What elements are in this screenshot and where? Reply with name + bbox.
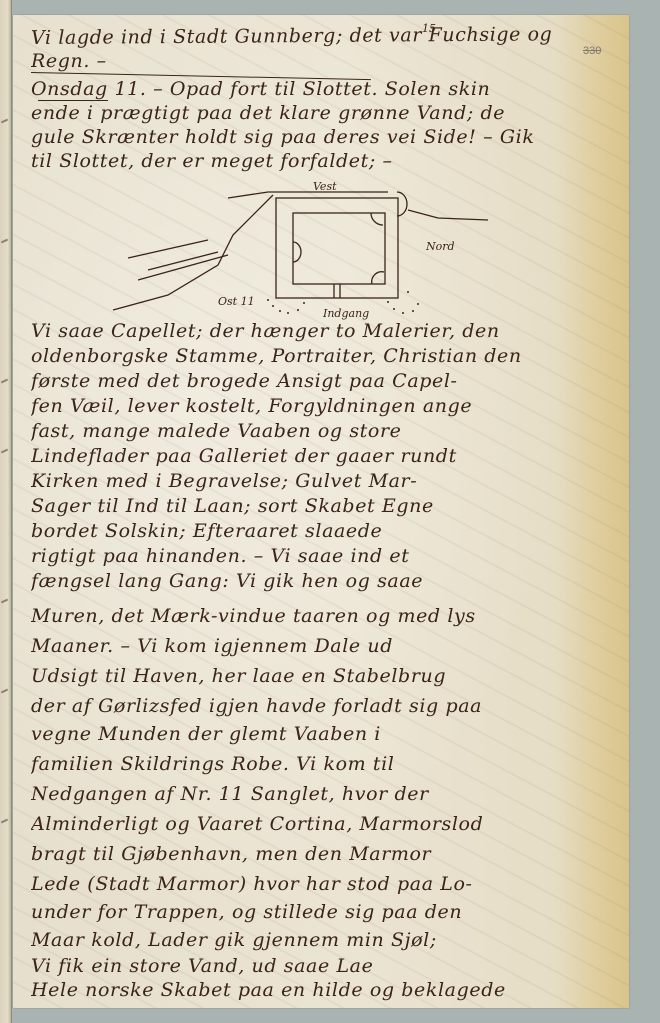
manuscript-page: 15 330 Vi lagde ind i Stadt Gunnberg; de… (13, 15, 629, 1008)
sketch-label-right: Nord (425, 240, 455, 253)
adjacent-page-edge (0, 0, 12, 1023)
castle-ground-plan-sketch: Vest Nord Ost 11 Indgang (108, 170, 488, 320)
body-line: ende i prægtigt paa det klare grønne Van… (31, 102, 611, 124)
body-line: fast, mange malede Vaaben og store (31, 420, 611, 442)
body-line: Sager til Ind til Laan; sort Skabet Egne (31, 495, 611, 517)
body-line: Lindeflader paa Galleriet der gaaer rund… (31, 445, 611, 467)
body-line: rigtigt paa hinanden. – Vi saae ind et (31, 545, 611, 567)
body-line: oldenborgske Stamme, Portraiter, Christi… (31, 345, 611, 367)
ink-mark (1, 819, 8, 824)
body-line: Maaner. – Vi kom igjennem Dale ud (31, 635, 611, 657)
body-line: vegne Munden der glemt Vaaben i (31, 723, 611, 745)
body-line: Udsigt til Haven, her laae en Stabelbrug (31, 665, 611, 687)
body-line: Vi saae Capellet; der hænger to Malerier… (31, 320, 611, 342)
body-line: familien Skildrings Robe. Vi kom til (31, 753, 611, 775)
body-line: Muren, det Mærk-vindue taaren og med lys (31, 605, 611, 627)
header-line-2: Regn. – (31, 50, 611, 72)
body-line: gule Skrænter holdt sig paa deres vei Si… (31, 126, 611, 148)
body-line: første med det brogede Ansigt paa Capel- (31, 370, 611, 392)
body-line: Vi fik ein store Vand, ud saae Lae (31, 955, 611, 977)
ink-mark (1, 689, 8, 694)
ink-mark (1, 379, 8, 384)
header-line-1: Vi lagde ind i Stadt Gunnberg; det var F… (31, 23, 611, 49)
body-line: Alminderligt og Vaaret Cortina, Marmorsl… (31, 813, 611, 835)
body-line: Nedgangen af Nr. 11 Sanglet, hvor der (31, 783, 611, 805)
body-line: til Slottet, der er meget forfaldet; – (31, 150, 611, 172)
body-line: bordet Solskin; Efteraaret slaaede (31, 520, 611, 542)
body-line: Onsdag 11. – Opad fort til Slottet. Sole… (31, 78, 611, 100)
ink-mark (1, 599, 8, 604)
body-line: Maar kold, Lader gik gjennem min Sjøl; (31, 929, 611, 951)
ink-mark (1, 119, 8, 124)
ink-mark (1, 239, 8, 244)
body-line: under for Trappen, og stillede sig paa d… (31, 901, 611, 923)
body-line: Lede (Stadt Marmor) hvor har stod paa Lo… (31, 873, 611, 895)
body-line: fængsel lang Gang: Vi gik hen og saae (31, 570, 611, 592)
body-line: fen Væil, lever kostelt, Forgyldningen a… (31, 395, 611, 417)
body-line: Hele norske Skabet paa en hilde og bekla… (31, 979, 611, 1001)
sketch-label-top: Vest (313, 180, 337, 193)
body-line: bragt til Gjøbenhavn, men den Marmor (31, 843, 611, 865)
ink-mark (1, 449, 8, 454)
sketch-label-bottom: Indgang (322, 307, 369, 320)
body-line: Kirken med i Begravelse; Gulvet Mar- (31, 470, 611, 492)
date-underline (38, 100, 108, 101)
body-line: der af Gørlizsfed igjen havde forladt si… (31, 695, 611, 717)
sketch-label-bottom-left: Ost 11 (218, 295, 255, 308)
